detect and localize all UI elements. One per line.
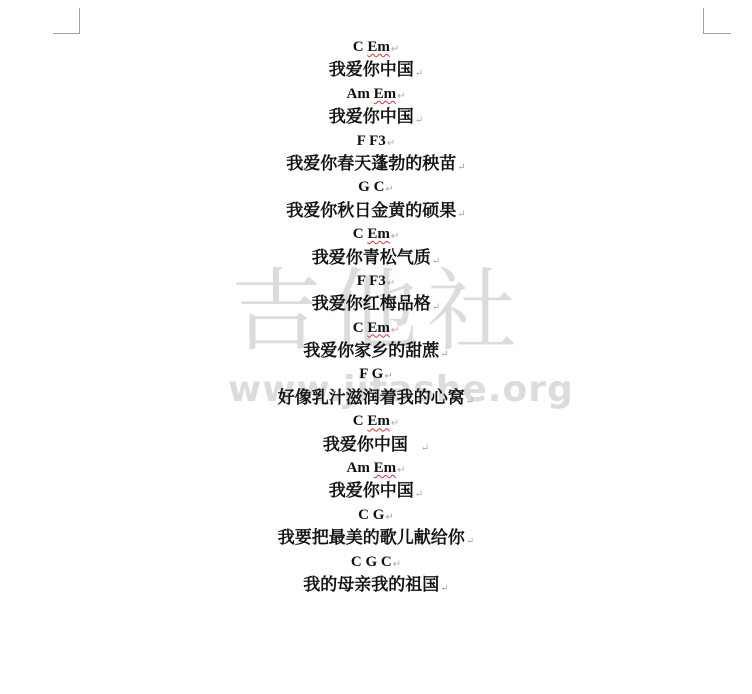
paragraph-mark-icon: ↵ xyxy=(397,465,405,476)
chord-text: Am Em xyxy=(347,457,397,480)
paragraph-mark-icon: ↵ xyxy=(421,443,429,454)
paragraph-mark-icon: ↵ xyxy=(466,536,474,547)
lyric-text: 我爱你中国 xyxy=(329,106,414,129)
paragraph-mark-icon: ↵ xyxy=(391,44,399,55)
lyric-text: 好像乳汁滋润着我的心窝 xyxy=(278,387,465,410)
chord-text: F G xyxy=(359,363,383,386)
lyric-line: 我爱你中国 ↵ xyxy=(0,434,752,457)
chord-name: G C xyxy=(358,179,384,195)
chord-name-spellcheck-flagged: Em xyxy=(367,226,390,242)
paragraph-mark-icon: ↵ xyxy=(415,115,423,126)
chord-name: Am xyxy=(347,86,374,102)
lyric-line: 我爱你秋日金黄的硕果↵ xyxy=(0,200,752,223)
lyric-line: 我爱你中国↵ xyxy=(0,480,752,503)
chord-line: F F3↵ xyxy=(0,270,752,293)
chord-name: C G C xyxy=(351,554,392,570)
chord-name-spellcheck-flagged: Em xyxy=(367,413,390,429)
paragraph-mark-icon: ↵ xyxy=(391,418,399,429)
paragraph-mark-icon: ↵ xyxy=(385,512,393,523)
chord-line: G C↵ xyxy=(0,176,752,199)
chord-name: C G xyxy=(358,507,384,523)
chord-name: C xyxy=(353,226,368,242)
chord-line: C Em↵ xyxy=(0,410,752,433)
chord-name: C xyxy=(353,39,368,55)
lyric-line: 我爱你家乡的甜蔗↵ xyxy=(0,340,752,363)
chord-name-spellcheck-flagged: Em xyxy=(374,86,397,102)
chord-text: C Em xyxy=(353,223,390,246)
lyric-text: 我爱你家乡的甜蔗 xyxy=(303,340,439,363)
chord-text: G C xyxy=(358,176,384,199)
chord-text: C G C xyxy=(351,551,392,574)
chord-line: F G↵ xyxy=(0,363,752,386)
lyric-text: 我爱你春天蓬勃的秧苗 xyxy=(286,153,456,176)
paragraph-mark-icon: ↵ xyxy=(391,325,399,336)
paragraph-mark-icon: ↵ xyxy=(385,184,393,195)
lyric-line: 我爱你中国↵ xyxy=(0,59,752,82)
chord-line: C G↵ xyxy=(0,504,752,527)
chord-name-spellcheck-flagged: Em xyxy=(374,460,397,476)
chord-line: C Em↵ xyxy=(0,223,752,246)
chord-text: C Em xyxy=(353,36,390,59)
chord-line: C G C↵ xyxy=(0,551,752,574)
lyric-text: 我爱你青松气质 xyxy=(312,247,431,270)
lyric-line: 我的母亲我的祖国↵ xyxy=(0,574,752,597)
lyric-text: 我爱你中国 xyxy=(323,434,420,457)
chord-line: Am Em↵ xyxy=(0,457,752,480)
lyric-text: 我爱你红梅品格 xyxy=(312,293,431,316)
lyric-text: 我爱你秋日金黄的硕果 xyxy=(286,200,456,223)
chord-text: C Em xyxy=(353,410,390,433)
paragraph-mark-icon: ↵ xyxy=(387,138,395,149)
lyric-text: 我要把最美的歌儿献给你 xyxy=(278,527,465,550)
paragraph-mark-icon: ↵ xyxy=(457,162,465,173)
chord-line: C Em↵ xyxy=(0,36,752,59)
lyric-text: 我爱你中国 xyxy=(329,59,414,82)
chord-name: Am xyxy=(347,460,374,476)
lyric-line: 好像乳汁滋润着我的心窝↵ xyxy=(0,387,752,410)
chord-name-spellcheck-flagged: Em xyxy=(367,320,390,336)
chord-name: C xyxy=(353,413,368,429)
paragraph-mark-icon: ↵ xyxy=(415,489,423,500)
paragraph-mark-icon: ↵ xyxy=(397,91,405,102)
lyric-text: 我爱你中国 xyxy=(329,480,414,503)
page-corner-mark-top-right xyxy=(703,8,731,34)
chord-line: F F3↵ xyxy=(0,130,752,153)
chord-line: C Em↵ xyxy=(0,317,752,340)
chord-name: F F3 xyxy=(357,133,386,149)
paragraph-mark-icon: ↵ xyxy=(415,68,423,79)
paragraph-mark-icon: ↵ xyxy=(432,302,440,313)
chord-name: C xyxy=(353,320,368,336)
paragraph-mark-icon: ↵ xyxy=(393,559,401,570)
lyric-line: 我爱你春天蓬勃的秧苗↵ xyxy=(0,153,752,176)
paragraph-mark-icon: ↵ xyxy=(466,396,474,407)
paragraph-mark-icon: ↵ xyxy=(440,583,448,594)
lyric-line: 我爱你中国↵ xyxy=(0,106,752,129)
chord-text: F F3 xyxy=(357,130,386,153)
chord-name-spellcheck-flagged: Em xyxy=(367,39,390,55)
lyrics-chord-sheet: C Em↵我爱你中国↵Am Em↵我爱你中国↵F F3↵我爱你春天蓬勃的秧苗↵G… xyxy=(0,36,752,597)
lyric-line: 我要把最美的歌儿献给你↵ xyxy=(0,527,752,550)
chord-text: F F3 xyxy=(357,270,386,293)
chord-name: F G xyxy=(359,366,383,382)
lyric-line: 我爱你青松气质↵ xyxy=(0,247,752,270)
chord-name: F F3 xyxy=(357,273,386,289)
paragraph-mark-icon: ↵ xyxy=(457,209,465,220)
paragraph-mark-icon: ↵ xyxy=(384,371,392,382)
chord-text: C Em xyxy=(353,317,390,340)
lyric-line: 我爱你红梅品格↵ xyxy=(0,293,752,316)
paragraph-mark-icon: ↵ xyxy=(432,256,440,267)
page-corner-mark-top-left xyxy=(53,8,80,34)
chord-text: C G xyxy=(358,504,384,527)
paragraph-mark-icon: ↵ xyxy=(391,231,399,242)
paragraph-mark-icon: ↵ xyxy=(440,349,448,360)
paragraph-mark-icon: ↵ xyxy=(387,278,395,289)
chord-text: Am Em xyxy=(347,83,397,106)
chord-line: Am Em↵ xyxy=(0,83,752,106)
lyric-text: 我的母亲我的祖国 xyxy=(303,574,439,597)
